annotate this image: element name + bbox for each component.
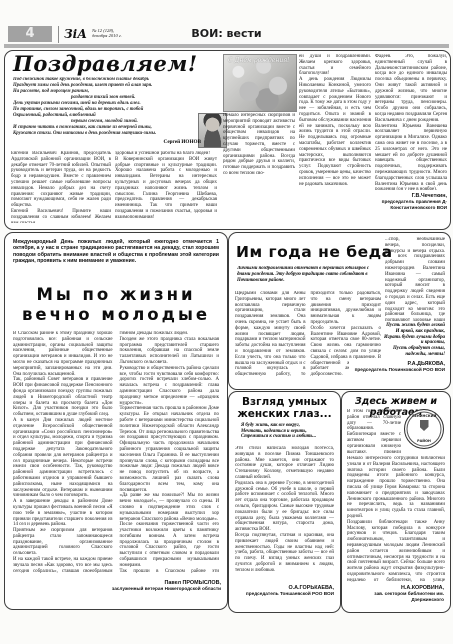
years-title: Им года не беда bbox=[236, 243, 393, 261]
congrats-column-5: Фадеев. Это, пожалуй, единственный случа… bbox=[375, 54, 447, 190]
flowers-photo: С Днём рождения! bbox=[223, 54, 297, 112]
signature-role: председатель правления Д-Константиновско… bbox=[357, 199, 447, 210]
live-work-box: Здесь живем и работаем ЛЕНИНСКИЙ РАЙОН В… bbox=[341, 391, 451, 613]
wise-eyes-body: Эти стихи написала молодая поэтесса, жив… bbox=[235, 446, 334, 582]
poem-line: Кружатся стихи. Они написаны в день рожд… bbox=[13, 131, 215, 137]
signature-role: заслуженный ветеран Нижегородской област… bbox=[109, 586, 221, 592]
live-work-signature: Н.А.КОРОВИНА, зав. сектором библиотеки и… bbox=[348, 584, 444, 603]
forever-young-box: Международный День пожилых людей, которы… bbox=[4, 232, 228, 610]
congrats-title: Поздравляем! bbox=[13, 52, 198, 75]
years-verse: Пусть жизнь будет легкой И яркой, как пр… bbox=[357, 323, 445, 358]
shield-icon bbox=[420, 420, 429, 431]
signature-role: председатель Починковской РОО ВОИ bbox=[349, 367, 445, 373]
epigraph-line: Стремиться к счастью и любить... bbox=[241, 434, 333, 440]
wise-eyes-box: Взгляд умных женских глаз... Я буду жить… bbox=[228, 391, 341, 613]
wise-eyes-signature: О.А.ГОРЬКАЕВА, председатель Тоншаевской … bbox=[237, 584, 334, 597]
live-work-body-1: В этом году Ленинский район отмечал слав… bbox=[347, 409, 401, 453]
congrats-box: Поздравляем! С Днём рождения! Под снежин… bbox=[4, 50, 451, 230]
wise-eyes-epigraph: Я буду жить, как все вокруг, Мечтать, на… bbox=[241, 423, 333, 440]
emblem-text-bottom: РАЙОН bbox=[405, 439, 443, 444]
congrats-column-1: Евгений Васильевич Крайнов, председатель… bbox=[11, 151, 111, 223]
years-signature: Р.А.ДЬЯКОВА, председатель Починковской Р… bbox=[349, 360, 445, 373]
district-emblem: ЛЕНИНСКИЙ РАЙОН bbox=[404, 409, 444, 449]
emblem-text-top: ЛЕНИНСКИЙ bbox=[405, 414, 443, 419]
congrats-column-2: здоровья и успешной работы на благо люде… bbox=[115, 151, 217, 223]
forever-young-title: Мы по жизни вечно молодые bbox=[5, 285, 227, 325]
title-line: вечно молодые bbox=[5, 305, 227, 325]
congrats-poem: Под снежинок такое кружение, в белоснежн… bbox=[13, 77, 215, 137]
section-title: ВОИ: вести bbox=[0, 28, 453, 40]
photo-caption: С Днём рождения! bbox=[228, 57, 292, 64]
header-rule bbox=[4, 44, 449, 48]
wise-eyes-title: Взгляд умных женских глаз... bbox=[229, 397, 340, 420]
forever-young-lead: Международный День пожилых людей, которы… bbox=[13, 239, 219, 283]
years-no-trouble-box: Им года не беда Личными поздравлениями о… bbox=[228, 232, 451, 390]
forever-young-signature: Павел ПРОМЫСЛОВ, заслуженный ветеран Ниж… bbox=[109, 579, 221, 592]
title-line: женских глаз... bbox=[229, 409, 340, 421]
poem-author: Сергей ИОНОВ bbox=[13, 139, 201, 145]
title-line: Взгляд умных bbox=[229, 397, 340, 409]
live-work-body-2: Немало интересного сотрудники библиотеки… bbox=[347, 456, 445, 582]
title-line: Мы по жизни bbox=[5, 285, 227, 305]
newspaper-page: 4 ЗіА № 12 (128), декабря 2010 г. ВОИ: в… bbox=[0, 0, 453, 644]
years-column-3: ...спор, необычайные вечера, посиделки, … bbox=[385, 237, 445, 321]
signature-role: председатель Тоншаевской РОО ВОИ bbox=[237, 591, 334, 597]
forever-young-body: В Спасском районе к этому празднику хоро… bbox=[13, 331, 219, 577]
verse-line: надежды, мечты! bbox=[357, 352, 445, 358]
years-lead: Личными поздравлениями отмечают в первич… bbox=[237, 266, 381, 286]
congrats-signature: Г.В.Чечеткин, председатель правления Д-К… bbox=[357, 192, 447, 211]
congrats-column-3: Немало интересных сюрпризов и мероприяти… bbox=[223, 113, 295, 221]
signature-role: зав. сектором библиотеки им. Дзержинског… bbox=[348, 591, 444, 602]
